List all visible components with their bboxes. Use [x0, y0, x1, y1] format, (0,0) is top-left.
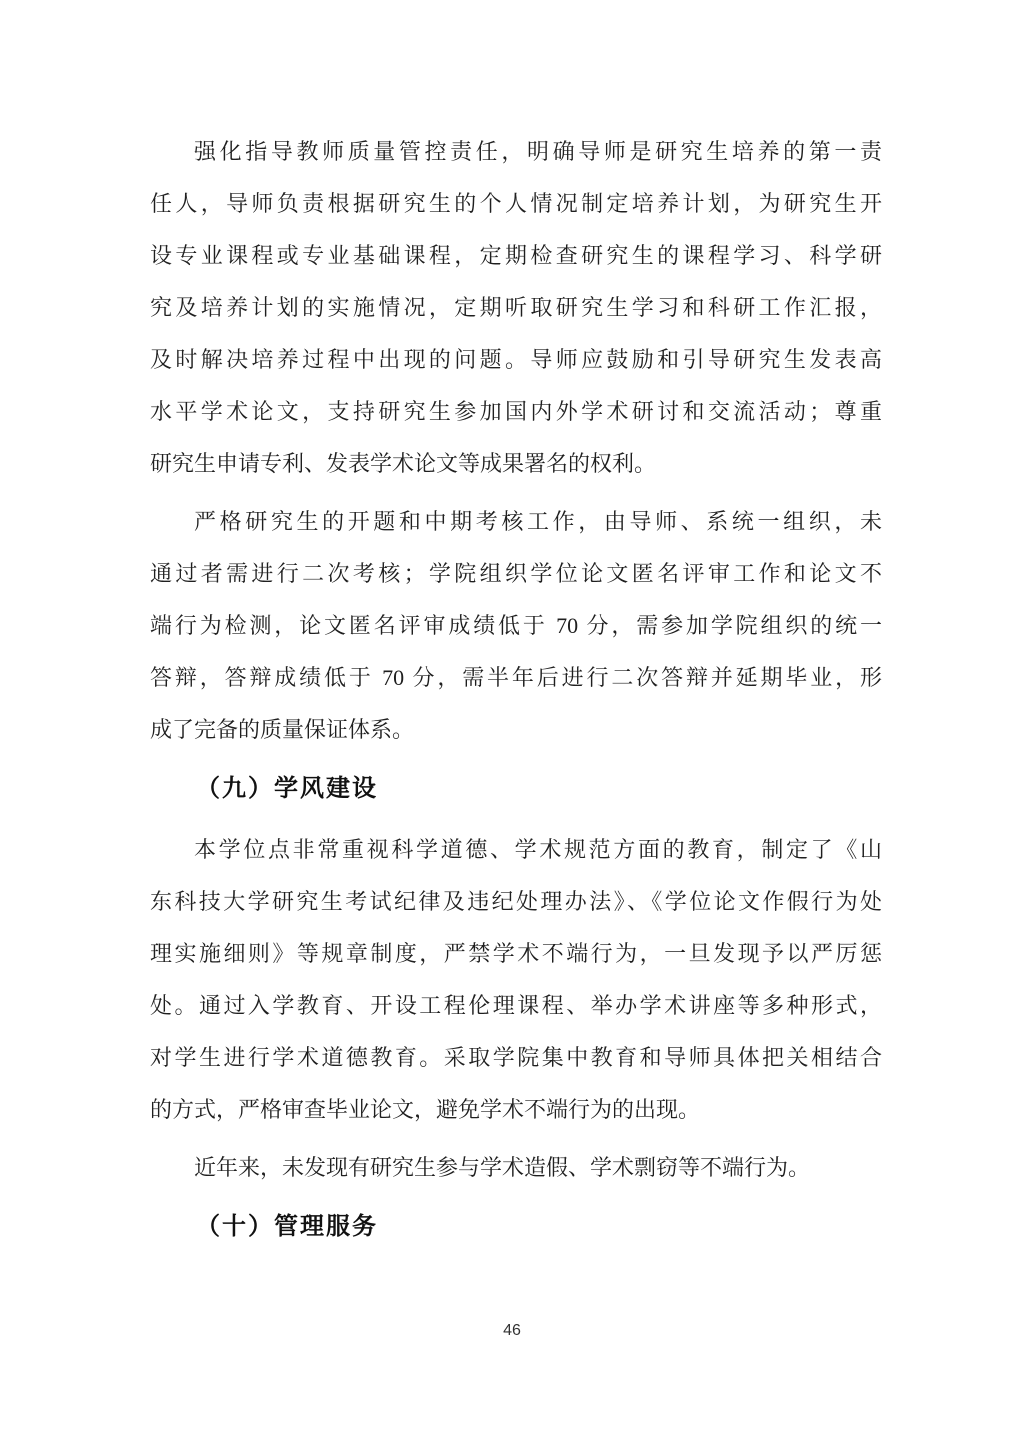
- text-line: 答辩，答辩成绩低于 70 分，需半年后进行二次答辩并延期毕业，形: [150, 652, 882, 704]
- text-line: 本学位点非常重视科学道德、学术规范方面的教育，制定了《山: [150, 824, 882, 876]
- text-line: 水平学术论文，支持研究生参加国内外学术研讨和交流活动；尊重: [150, 386, 882, 438]
- text-line: 研究生申请专利、发表学术论文等成果署名的权利。: [150, 438, 882, 490]
- paragraph-assessment-quality-system: 严格研究生的开题和中期考核工作，由导师、系统一组织，未 通过者需进行二次考核；学…: [150, 496, 882, 756]
- text-line: 端行为检测，论文匿名评审成绩低于 70 分，需参加学院组织的统一: [150, 600, 882, 652]
- text-line: 设专业课程或专业基础课程，定期检查研究生的课程学习、科学研: [150, 230, 882, 282]
- paragraph-supervisor-responsibility: 强化指导教师质量管控责任，明确导师是研究生培养的第一责 任人，导师负责根据研究生…: [150, 126, 882, 490]
- text-line: 成了完备的质量保证体系。: [150, 704, 882, 756]
- section-heading-10-management-service: （十）管理服务: [150, 1200, 882, 1254]
- text-line: 近年来，未发现有研究生参与学术造假、学术剽窃等不端行为。: [150, 1142, 882, 1194]
- paragraph-no-misconduct: 近年来，未发现有研究生参与学术造假、学术剽窃等不端行为。: [150, 1142, 882, 1194]
- text-line: 任人，导师负责根据研究生的个人情况制定培养计划，为研究生开: [150, 178, 882, 230]
- document-page: 强化指导教师质量管控责任，明确导师是研究生培养的第一责 任人，导师负责根据研究生…: [0, 0, 1024, 1448]
- section-heading-9-academic-style: （九）学风建设: [150, 762, 882, 816]
- text-line: 严格研究生的开题和中期考核工作，由导师、系统一组织，未: [150, 496, 882, 548]
- text-line: 东科技大学研究生考试纪律及违纪处理办法》、《学位论文作假行为处: [150, 876, 882, 928]
- text-line: 的方式，严格审查毕业论文，避免学术不端行为的出现。: [150, 1084, 882, 1136]
- text-line: 通过者需进行二次考核；学院组织学位论文匿名评审工作和论文不: [150, 548, 882, 600]
- document-body: 强化指导教师质量管控责任，明确导师是研究生培养的第一责 任人，导师负责根据研究生…: [150, 126, 882, 1262]
- text-line: 理实施细则》等规章制度，严禁学术不端行为，一旦发现予以严厉惩: [150, 928, 882, 980]
- text-line: 究及培养计划的实施情况，定期听取研究生学习和科研工作汇报，: [150, 282, 882, 334]
- text-line: 对学生进行学术道德教育。采取学院集中教育和导师具体把关相结合: [150, 1032, 882, 1084]
- page-number: 46: [0, 1322, 1024, 1340]
- paragraph-academic-integrity-education: 本学位点非常重视科学道德、学术规范方面的教育，制定了《山 东科技大学研究生考试纪…: [150, 824, 882, 1136]
- text-line: 及时解决培养过程中出现的问题。导师应鼓励和引导研究生发表高: [150, 334, 882, 386]
- text-line: 处。通过入学教育、开设工程伦理课程、举办学术讲座等多种形式，: [150, 980, 882, 1032]
- text-line: 强化指导教师质量管控责任，明确导师是研究生培养的第一责: [150, 126, 882, 178]
